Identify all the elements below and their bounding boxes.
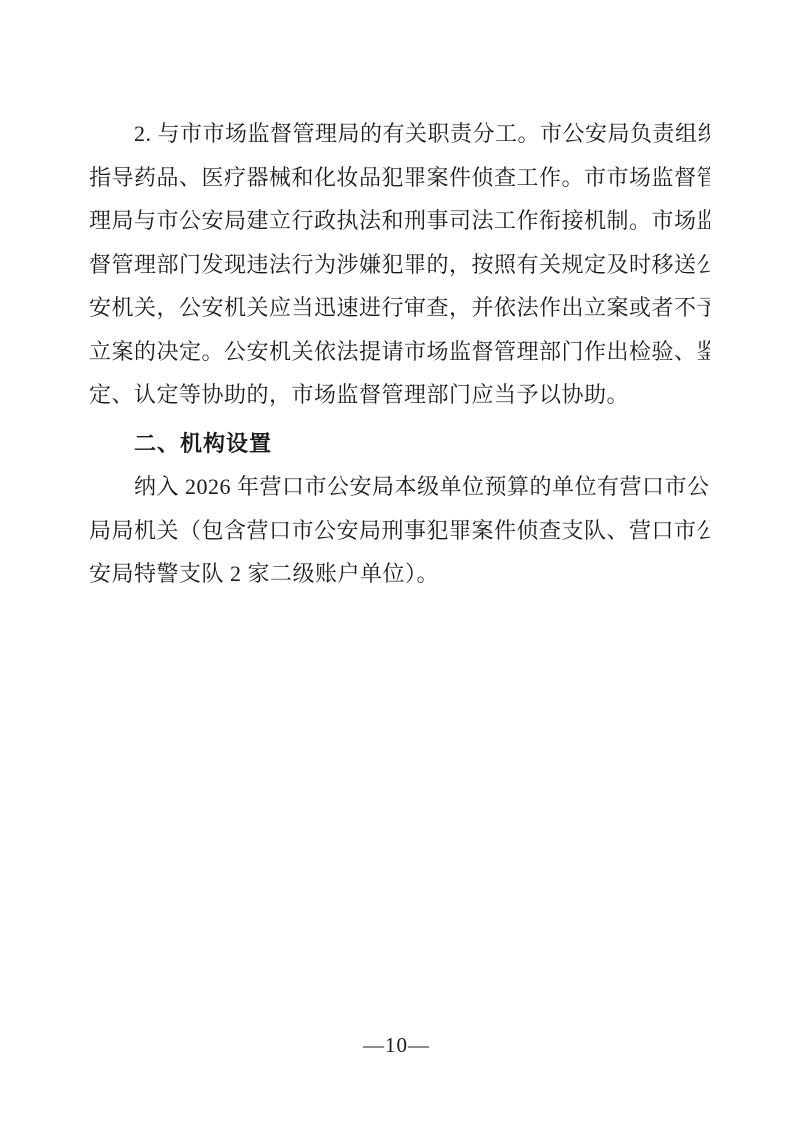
text-line: 督管理部门发现违法行为涉嫌犯罪的，按照有关规定及时移送公 (89, 243, 710, 287)
text-line: 安机关，公安机关应当迅速进行审查，并依法作出立案或者不予 (89, 286, 710, 330)
text-line: 安局特警支队 2 家二级账户单位）。 (89, 552, 710, 596)
text-line: 纳入 2026 年营口市公安局本级单位预算的单位有营口市公安 (89, 465, 710, 509)
document-page: 2. 与市市场监督管理局的有关职责分工。市公安局负责组织指导药品、医疗器械和化妆… (0, 0, 793, 1122)
heading-text-line: 二、机构设置 (89, 422, 710, 466)
text-line: 立案的决定。公安机关依法提请市场监督管理部门作出检验、鉴 (89, 330, 710, 374)
section-heading: 二、机构设置 (89, 422, 710, 466)
document-body: 2. 与市市场监督管理局的有关职责分工。市公安局负责组织指导药品、医疗器械和化妆… (89, 112, 710, 596)
text-line: 理局与市公安局建立行政执法和刑事司法工作衔接机制。市场监 (89, 199, 710, 243)
body-paragraph: 纳入 2026 年营口市公安局本级单位预算的单位有营口市公安局局机关（包含营口市… (89, 465, 710, 596)
text-line: 局局机关（包含营口市公安局刑事犯罪案件侦查支队、营口市公 (89, 509, 710, 553)
page-number: —10— (0, 1030, 793, 1060)
text-line: 2. 与市市场监督管理局的有关职责分工。市公安局负责组织 (89, 112, 710, 156)
text-line: 定、认定等协助的，市场监督管理部门应当予以协助。 (89, 373, 710, 417)
text-line: 指导药品、医疗器械和化妆品犯罪案件侦查工作。市市场监督管 (89, 156, 710, 200)
body-paragraph: 2. 与市市场监督管理局的有关职责分工。市公安局负责组织指导药品、医疗器械和化妆… (89, 112, 710, 417)
